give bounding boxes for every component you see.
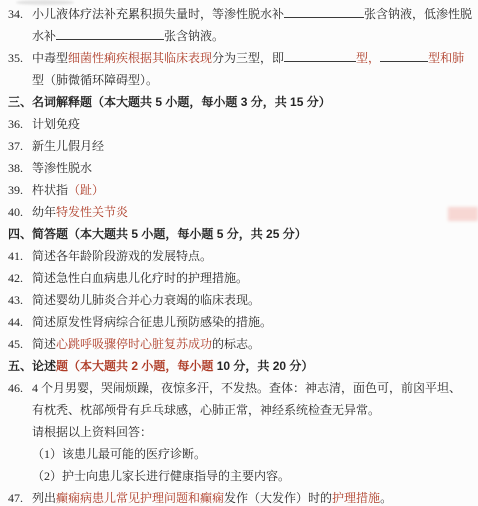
text-segment: 细菌性痢疾根据其临床表现 xyxy=(68,51,212,65)
text-segment: 名词解释题（本大题共 5 小题，每小题 3 分，共 15 分） xyxy=(32,95,331,109)
text-segment: 张含钠液，低渗性脱 xyxy=(364,7,472,21)
text-segment: 简述 xyxy=(32,337,56,351)
section-heading-line: 三、名词解释题（本大题共 5 小题，每小题 3 分，共 15 分） xyxy=(8,91,478,113)
exam-line: （2）护士向患儿家长进行健康指导的主要内容。 xyxy=(8,465,478,487)
text-segment: 型（肺微循环障碍型）。 xyxy=(32,73,158,87)
exam-line: 34.小儿液体疗法补充累积损失量时，等渗性脱水补张含钠液，低渗性脱 xyxy=(8,3,478,25)
fill-in-blank-underline xyxy=(56,26,164,40)
text-segment: 计划免疫 xyxy=(32,117,80,131)
text-segment: 水补 xyxy=(32,29,56,43)
exam-line: 42.简述急性白血病患儿化疗时的护理措施。 xyxy=(8,267,478,289)
line-number: 46. xyxy=(8,377,32,399)
text-segment: 心跳呼吸骤停时心脏复苏成功 xyxy=(56,337,212,351)
text-segment: 特发性关节炎 xyxy=(56,205,128,219)
line-number: 43. xyxy=(8,289,32,311)
text-segment: 新生儿假月经 xyxy=(32,139,104,153)
line-number: 四、 xyxy=(8,223,32,245)
text-segment: 型， xyxy=(356,51,380,65)
exam-line: 36.计划免疫 xyxy=(8,113,478,135)
text-segment: 分为三型，即 xyxy=(212,51,284,65)
line-number: 三、 xyxy=(8,91,32,113)
exam-line: 45.简述心跳呼吸骤停时心脏复苏成功的标志。 xyxy=(8,333,478,355)
exam-line: 37.新生儿假月经 xyxy=(8,135,478,157)
text-segment: 中毒型 xyxy=(32,51,68,65)
line-number: 35. xyxy=(8,47,32,69)
exam-line: 39.杵状指（趾） xyxy=(8,179,478,201)
line-number: 40. xyxy=(8,201,32,223)
text-segment: 。 xyxy=(380,491,392,505)
text-segment: 的标志。 xyxy=(212,337,260,351)
exam-line: 40.幼年特发性关节炎 xyxy=(8,201,478,223)
exam-line: 43.简述婴幼儿肺炎合并心力衰竭的临床表现。 xyxy=(8,289,478,311)
line-number: 42. xyxy=(8,267,32,289)
text-segment: 请根据以上资料回答： xyxy=(32,425,152,439)
exam-line: 41.简述各年龄阶段游戏的发展特点。 xyxy=(8,245,478,267)
exam-line: 46.4 个月男婴，哭闹烦躁，夜惊多汗，不发热。查体：神志清，面色可，前囟平坦、 xyxy=(8,377,478,399)
text-segment: 发作（大发作）时的 xyxy=(224,491,332,505)
text-segment: 列出 xyxy=(32,491,56,505)
exam-page: 34.小儿液体疗法补充累积损失量时，等渗性脱水补张含钠液，低渗性脱水补张含钠液。… xyxy=(0,0,478,506)
exam-line: 型（肺微循环障碍型）。 xyxy=(8,69,478,91)
line-number: 36. xyxy=(8,113,32,135)
text-segment: （趾） xyxy=(68,183,104,197)
exam-body: 34.小儿液体疗法补充累积损失量时，等渗性脱水补张含钠液，低渗性脱水补张含钠液。… xyxy=(8,3,478,506)
exam-line: 47.列出癫痫病患儿常见护理问题和癫痫发作（大发作）时的护理措施。 xyxy=(8,487,478,506)
text-segment: 张含钠液。 xyxy=(164,29,224,43)
fill-in-blank-underline xyxy=(380,48,428,62)
text-segment: （1）该患儿最可能的医疗诊断。 xyxy=(32,447,206,461)
line-number: 47. xyxy=(8,487,32,506)
line-number: 39. xyxy=(8,179,32,201)
exam-line: 44.简述原发性肾病综合征患儿预防感染的措施。 xyxy=(8,311,478,333)
text-segment: （2）护士向患儿家长进行健康指导的主要内容。 xyxy=(32,469,290,483)
exam-line: （1）该患儿最可能的医疗诊断。 xyxy=(8,443,478,465)
exam-line: 有枕秃、枕部颅骨有乒乓球感，心肺正常，神经系统检查无异常。 xyxy=(8,399,478,421)
text-segment: 幼年 xyxy=(32,205,56,219)
text-segment: 简述原发性肾病综合征患儿预防感染的措施。 xyxy=(32,315,272,329)
exam-line: 水补张含钠液。 xyxy=(8,25,478,47)
text-segment: 护理措施 xyxy=(332,491,380,505)
line-number: 45. xyxy=(8,333,32,355)
exam-line: 38.等渗性脱水 xyxy=(8,157,478,179)
text-segment: 有枕秃、枕部颅骨有乒乓球感，心肺正常，神经系统检查无异常。 xyxy=(32,403,380,417)
fill-in-blank-underline xyxy=(284,48,356,62)
text-segment: 等渗性脱水 xyxy=(32,161,92,175)
text-segment: 题（本大题共 2 小题，每小题 xyxy=(56,359,213,373)
section-heading-line: 四、简答题（本大题共 5 小题，每小题 5 分，共 25 分） xyxy=(8,223,478,245)
text-segment: 型和肺 xyxy=(428,51,464,65)
fill-in-blank-underline xyxy=(284,4,364,18)
line-number: 38. xyxy=(8,157,32,179)
exam-line: 请根据以上资料回答： xyxy=(8,421,478,443)
line-number: 34. xyxy=(8,3,32,25)
text-segment: 杵状指 xyxy=(32,183,68,197)
line-number: 五、 xyxy=(8,355,32,377)
exam-line: 35.中毒型细菌性痢疾根据其临床表现分为三型，即型，型和肺 xyxy=(8,47,478,69)
line-number: 41. xyxy=(8,245,32,267)
text-segment: 简述急性白血病患儿化疗时的护理措施。 xyxy=(32,271,248,285)
text-segment: 癫痫病患儿常见护理问题和癫痫 xyxy=(56,491,224,505)
text-segment: 4 个月男婴，哭闹烦躁，夜惊多汗，不发热。查体：神志清，面色可，前囟平坦、 xyxy=(32,381,461,395)
text-segment: 简述各年龄阶段游戏的发展特点。 xyxy=(32,249,212,263)
section-heading-line: 五、论述题（本大题共 2 小题，每小题 10 分，共 20 分） xyxy=(8,355,478,377)
text-segment: 简答题（本大题共 5 小题，每小题 5 分，共 25 分） xyxy=(32,227,307,241)
line-number: 44. xyxy=(8,311,32,333)
text-segment: 10 分，共 20 分） xyxy=(213,359,313,373)
text-segment: 论述 xyxy=(32,359,56,373)
text-segment: 小儿液体疗法补充累积损失量时，等渗性脱水补 xyxy=(32,7,284,21)
text-segment: 简述婴幼儿肺炎合并心力衰竭的临床表现。 xyxy=(32,293,260,307)
line-number: 37. xyxy=(8,135,32,157)
